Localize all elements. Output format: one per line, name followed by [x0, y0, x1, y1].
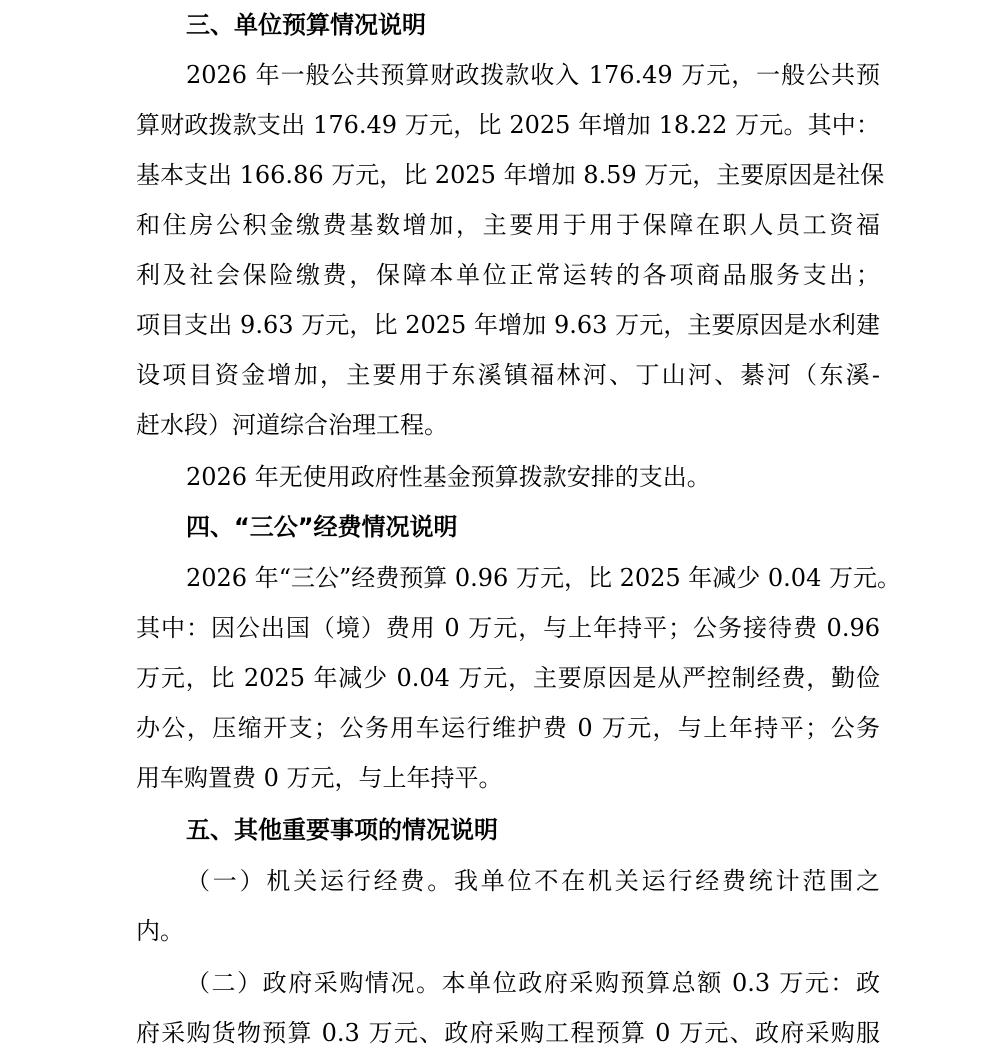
paragraph-line: 其中：因公出国（境）费用 0 万元，与上年持平；公务接待费 0.96 [136, 603, 880, 653]
paragraph-line: 赶水段）河道综合治理工程。 [136, 400, 880, 450]
document-page: 三、单位预算情况说明 2026 年一般公共预算财政拨款收入 176.49 万元，… [0, 0, 1000, 1053]
section-heading-unit-budget: 三、单位预算情况说明 [186, 0, 426, 50]
paragraph-line: 和住房公积金缴费基数增加，主要用于用于保障在职人员工资福 [136, 200, 880, 250]
paragraph-line: 2026 年“三公”经费预算 0.96 万元，比 2025 年减少 0.04 万… [186, 553, 880, 603]
paragraph-line: 基本支出 166.86 万元，比 2025 年增加 8.59 万元，主要原因是社… [136, 150, 880, 200]
paragraph-line: 2026 年一般公共预算财政拨款收入 176.49 万元，一般公共预 [186, 50, 880, 100]
paragraph-line: （一）机关运行经费。我单位不在机关运行经费统计范围之 [186, 856, 880, 906]
paragraph-line: 办公，压缩开支；公务用车运行维护费 0 万元，与上年持平；公务 [136, 703, 880, 753]
paragraph-line: 利及社会保险缴费，保障本单位正常运转的各项商品服务支出； [136, 250, 880, 300]
paragraph-line: 万元，比 2025 年减少 0.04 万元，主要原因是从严控制经费，勤俭 [136, 653, 880, 703]
paragraph-line: 用车购置费 0 万元，与上年持平。 [136, 753, 880, 803]
section-heading-three-public-expenses: 四、“三公”经费情况说明 [186, 502, 458, 552]
paragraph-line: 府采购货物预算 0.3 万元、政府采购工程预算 0 万元、政府采购服 [136, 1008, 880, 1053]
paragraph-line: （二）政府采购情况。本单位政府采购预算总额 0.3 万元：政 [186, 958, 880, 1008]
paragraph-line: 算财政拨款支出 176.49 万元，比 2025 年增加 18.22 万元。其中… [136, 100, 880, 150]
paragraph-line: 项目支出 9.63 万元，比 2025 年增加 9.63 万元，主要原因是水利建 [136, 300, 880, 350]
paragraph-line: 内。 [136, 906, 880, 956]
section-heading-other-matters: 五、其他重要事项的情况说明 [186, 805, 498, 855]
paragraph-line: 设项目资金增加，主要用于东溪镇福林河、丁山河、綦河（东溪- [136, 350, 880, 400]
paragraph-line: 2026 年无使用政府性基金预算拨款安排的支出。 [186, 452, 880, 502]
